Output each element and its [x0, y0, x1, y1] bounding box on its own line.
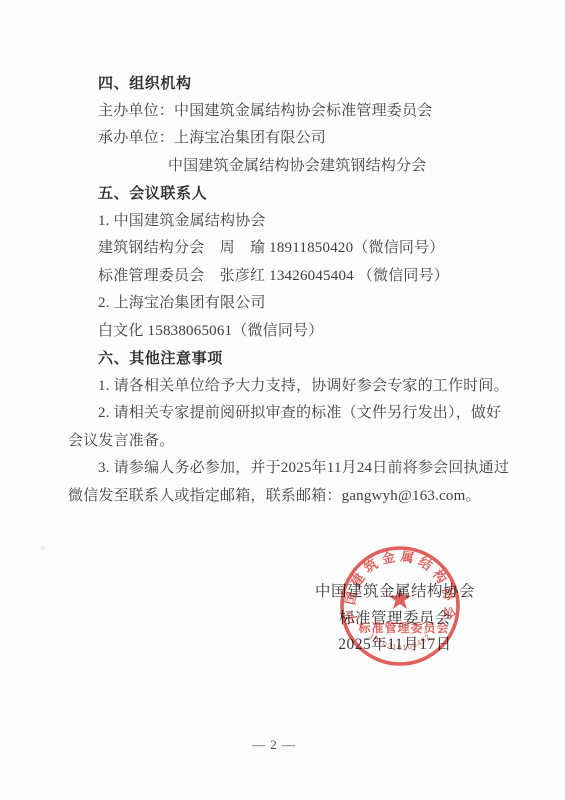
contact-org-1: 1. 中国建筑金属结构协会	[68, 208, 510, 236]
contact-line-steel-branch: 建筑钢结构分会 周 瑜 18911850420（微信同号）	[68, 235, 510, 263]
page-number: — 2 —	[0, 737, 548, 753]
host-unit-line: 主办单位：中国建筑金属结构协会标准管理委员会	[68, 98, 510, 126]
scan-artifact	[40, 546, 45, 550]
note-2-line-1: 2. 请相关专家提前阅研拟审查的标准（文件另行发出），做好	[68, 400, 510, 428]
note-1: 1. 请各相关单位给予大力支持，协调好参会专家的工作时间。	[68, 373, 510, 401]
contact-line-baoye: 白文化 15838065061（微信同号）	[68, 318, 510, 346]
note-3-line-1: 3. 请参编人务必参加，并于2025年11月24日前将参会回执通过	[68, 455, 510, 483]
contact-org-2: 2. 上海宝冶集团有限公司	[68, 290, 510, 318]
note-2-line-2: 会议发言准备。	[68, 428, 510, 456]
official-seal-stamp: 中国建筑金属结构协会 ★ 标准管理委员会 1010210100452	[338, 544, 462, 668]
section-6-heading: 六、其他注意事项	[68, 345, 510, 373]
document-body: 四、组织机构 主办单位：中国建筑金属结构协会标准管理委员会 承办单位：上海宝冶集…	[68, 66, 510, 510]
note-3-line-2: 微信发至联系人或指定邮箱，联系邮箱：gangwyh@163.com。	[68, 483, 510, 511]
document-page: 四、组织机构 主办单位：中国建筑金属结构协会标准管理委员会 承办单位：上海宝冶集…	[0, 0, 565, 800]
organizer-unit-line-2: 中国建筑金属结构协会建筑钢结构分会	[68, 153, 510, 181]
contact-line-standards-committee: 标准管理委员会 张彦红 13426045404 （微信同号）	[68, 263, 510, 291]
section-5-heading: 五、会议联系人	[68, 180, 510, 208]
organizer-unit-line: 承办单位：上海宝冶集团有限公司	[68, 125, 510, 153]
stamp-star-icon: ★	[387, 582, 414, 617]
stamp-center-text: 标准管理委员会	[357, 620, 449, 635]
section-4-heading: 四、组织机构	[68, 70, 510, 98]
